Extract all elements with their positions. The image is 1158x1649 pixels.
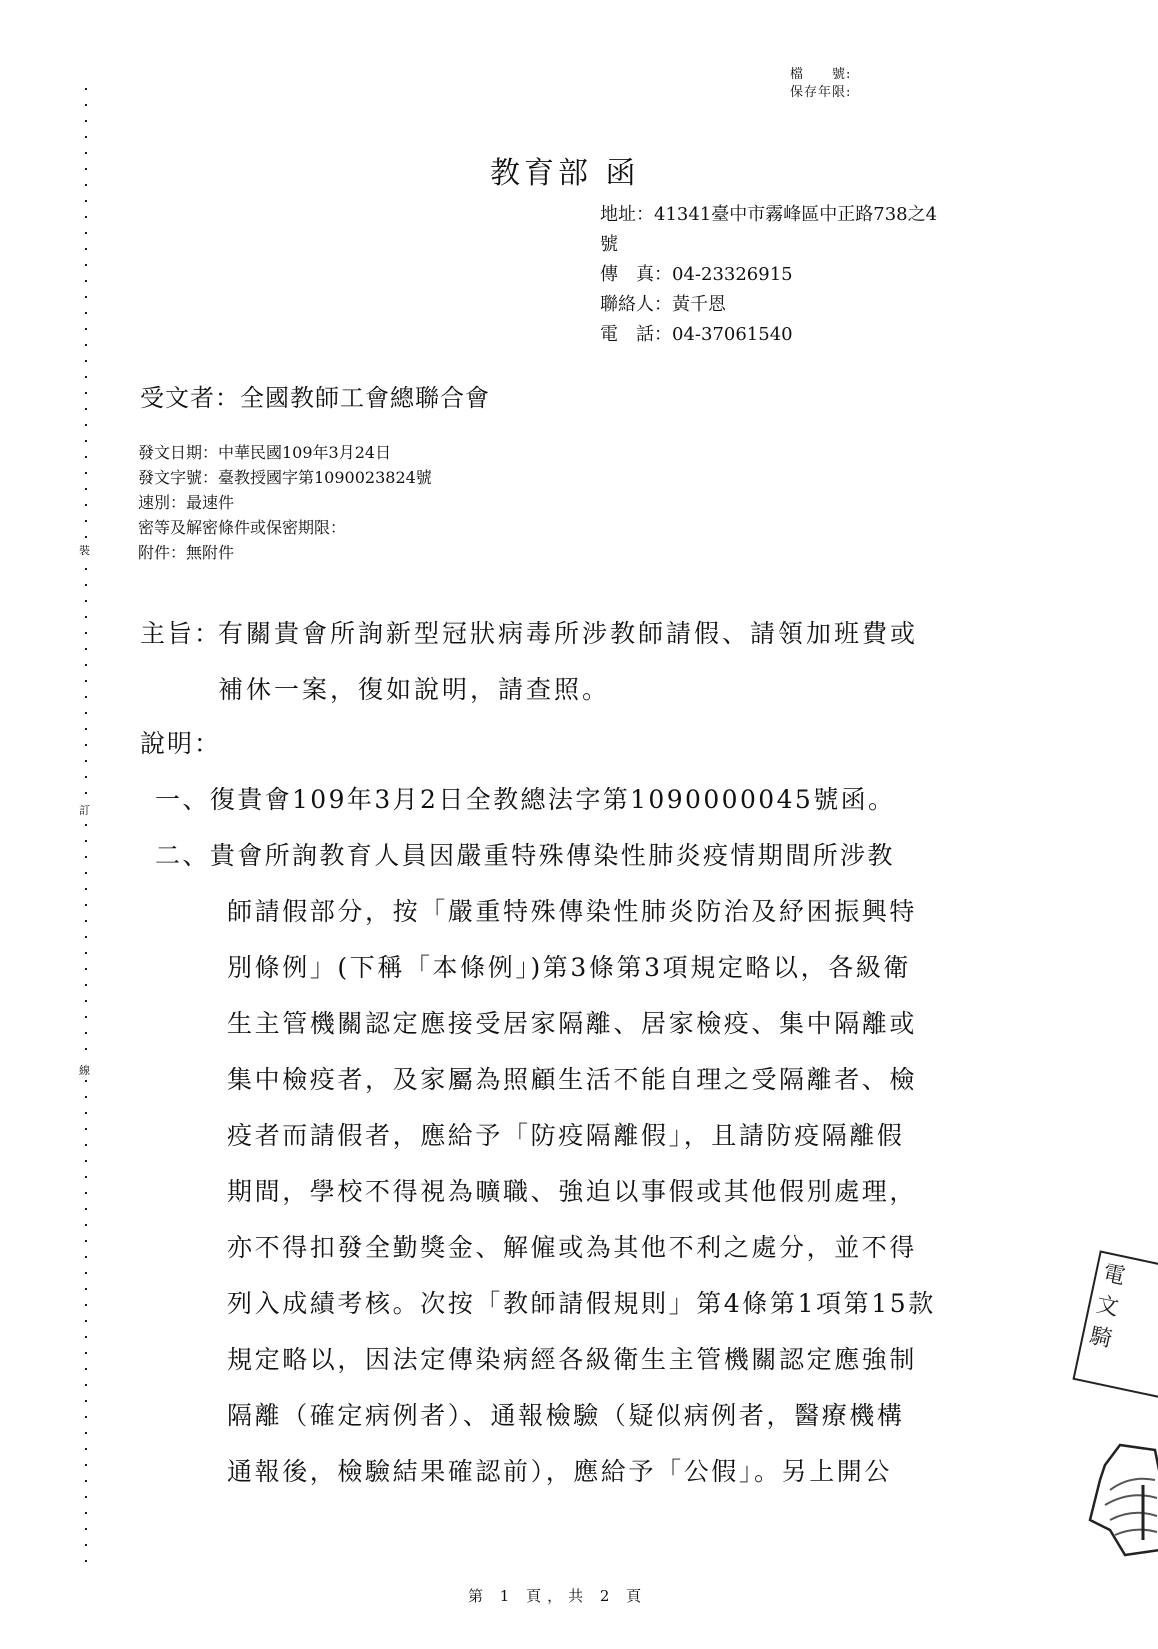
binding-dot — [85, 216, 87, 218]
binding-dot — [85, 248, 87, 250]
binding-dot — [85, 1224, 87, 1226]
binding-dot — [85, 1432, 87, 1434]
binding-dot — [85, 344, 87, 346]
binding-label-bind: 訂 — [79, 802, 90, 818]
binding-dot — [85, 936, 87, 938]
binding-dot — [85, 1080, 87, 1082]
binding-dot — [85, 744, 87, 746]
explanation-item-2-line: 別條例」(下稱「本條例」)第3條第3項規定略以，各級衛 — [227, 948, 911, 984]
binding-dot — [85, 616, 87, 618]
binding-label-line: 線 — [79, 1062, 90, 1078]
binding-dot — [85, 872, 87, 874]
subject-label: 主旨： — [140, 614, 221, 650]
binding-dot — [85, 504, 87, 506]
binding-dot — [85, 568, 87, 570]
binding-dot — [85, 712, 87, 714]
binding-dot — [85, 1016, 87, 1018]
fax: 傳 真：04-23326915 — [600, 260, 937, 290]
binding-dot — [85, 1464, 87, 1466]
binding-dot — [85, 1528, 87, 1530]
binding-dot — [85, 1160, 87, 1162]
official-seal-stamp: 電 文 騎 — [1072, 1250, 1158, 1401]
binding-dot — [85, 584, 87, 586]
binding-dot — [85, 472, 87, 474]
retention-period-label: 保存年限: — [790, 84, 851, 102]
address-continued: 號 — [600, 230, 937, 260]
binding-dot — [85, 184, 87, 186]
secrecy-level: 密等及解密條件或保密期限： — [138, 515, 432, 540]
binding-dot — [85, 1128, 87, 1130]
subject-line-1: 有關貴會所詢新型冠狀病毒所涉教師請假、請領加班費或 — [218, 614, 918, 650]
binding-dot — [85, 728, 87, 730]
binding-dot — [85, 1512, 87, 1514]
recipient: 受文者：全國教師工會總聯合會 — [140, 378, 490, 413]
binding-dot — [85, 1560, 87, 1562]
binding-dot — [85, 904, 87, 906]
binding-dot — [85, 1336, 87, 1338]
document-title: 教育部 函 — [490, 148, 640, 192]
explanation-item-2-line: 規定略以，因法定傳染病經各級衛生主管機關認定應強制 — [227, 1340, 917, 1376]
explanation-item-1: 一、復貴會109年3月2日全教總法字第1090000045號函。 — [155, 780, 895, 816]
binding-dot — [85, 168, 87, 170]
binding-dot — [85, 1416, 87, 1418]
binding-dot — [85, 1480, 87, 1482]
document-meta: 發文日期：中華民國109年3月24日 發文字號：臺教授國字第1090023824… — [138, 440, 432, 565]
attachment: 附件：無附件 — [138, 540, 432, 565]
binding-dot — [85, 456, 87, 458]
binding-dot — [85, 1544, 87, 1546]
binding-dot — [85, 1176, 87, 1178]
binding-dot — [85, 632, 87, 634]
binding-dot — [85, 1112, 87, 1114]
binding-dot — [85, 888, 87, 890]
binding-dot — [85, 1048, 87, 1050]
binding-dot — [85, 120, 87, 122]
binding-dot — [85, 1384, 87, 1386]
binding-dot — [85, 376, 87, 378]
binding-dot — [85, 136, 87, 138]
file-number-label: 檔 號: — [790, 66, 851, 84]
binding-dot — [85, 1496, 87, 1498]
binding-dot — [85, 536, 87, 538]
document-number: 發文字號：臺教授國字第1090023824號 — [138, 465, 432, 490]
binding-dot — [85, 1000, 87, 1002]
seal-emblem-icon — [1085, 1440, 1158, 1560]
binding-dot — [85, 152, 87, 154]
binding-dot — [85, 408, 87, 410]
binding-dot — [85, 520, 87, 522]
binding-dot — [85, 88, 87, 90]
binding-dot — [85, 1352, 87, 1354]
binding-dot — [85, 856, 87, 858]
binding-dot — [85, 328, 87, 330]
binding-dot — [85, 1192, 87, 1194]
explanation-item-2-line: 隔離（確定病例者）、通報檢驗（疑似病例者，醫療機構 — [227, 1396, 905, 1432]
binding-label-staple: 裝 — [79, 542, 90, 558]
contact-person: 聯絡人：黃千恩 — [600, 290, 937, 320]
binding-dot — [85, 1272, 87, 1274]
file-metadata: 檔 號: 保存年限: — [790, 66, 851, 102]
binding-dot — [85, 1304, 87, 1306]
binding-dot — [85, 1208, 87, 1210]
explanation-item-2-line: 師請假部分，按「嚴重特殊傳染性肺炎防治及紓困振興特 — [227, 892, 917, 928]
explanation-item-2-line: 生主管機關認定應接受居家隔離、居家檢疫、集中隔離或 — [227, 1004, 917, 1040]
explanation-label: 說明： — [140, 724, 221, 760]
explanation-item-2-line: 疫者而請假者，應給予「防疫隔離假」，且請防疫隔離假 — [227, 1116, 905, 1152]
binding-dot — [85, 1368, 87, 1370]
binding-dot — [85, 792, 87, 794]
binding-dot — [85, 232, 87, 234]
delivery-speed: 速別：最速件 — [138, 490, 432, 515]
binding-dot — [85, 1256, 87, 1258]
binding-dot — [85, 440, 87, 442]
binding-dot — [85, 1096, 87, 1098]
binding-dot — [85, 1448, 87, 1450]
explanation-item-2-line: 通報後，檢驗結果確認前），應給予「公假」。另上開公 — [227, 1452, 892, 1488]
explanation-item-2-line: 亦不得扣發全勤獎金、解僱或為其他不利之處分，並不得 — [227, 1228, 917, 1264]
explanation-item-2: 二、貴會所詢教育人員因嚴重特殊傳染性肺炎疫情期間所涉教 — [155, 836, 895, 872]
binding-dot — [85, 1144, 87, 1146]
binding-dot — [85, 696, 87, 698]
binding-dot — [85, 664, 87, 666]
binding-dot — [85, 264, 87, 266]
binding-dot — [85, 312, 87, 314]
binding-dotted-line — [84, 88, 88, 1568]
binding-dot — [85, 680, 87, 682]
binding-dot — [85, 280, 87, 282]
binding-dot — [85, 1400, 87, 1402]
subject-line-2: 補休一案，復如說明，請查照。 — [218, 670, 610, 706]
binding-dot — [85, 392, 87, 394]
binding-dot — [85, 424, 87, 426]
binding-dot — [85, 984, 87, 986]
binding-dot — [85, 1320, 87, 1322]
phone: 電 話：04-37061540 — [600, 320, 937, 350]
binding-dot — [85, 360, 87, 362]
binding-dot — [85, 648, 87, 650]
page-number: 第 1 頁，共 2 頁 — [468, 1585, 647, 1606]
binding-dot — [85, 840, 87, 842]
issue-date: 發文日期：中華民國109年3月24日 — [138, 440, 432, 465]
binding-dot — [85, 760, 87, 762]
binding-dot — [85, 200, 87, 202]
binding-dot — [85, 920, 87, 922]
binding-dot — [85, 776, 87, 778]
explanation-item-2-line: 列入成績考核。次按「教師請假規則」第4條第1項第15款 — [227, 1284, 936, 1320]
binding-dot — [85, 1240, 87, 1242]
binding-dot — [85, 824, 87, 826]
binding-dot — [85, 600, 87, 602]
binding-dot — [85, 1288, 87, 1290]
binding-dot — [85, 296, 87, 298]
binding-dot — [85, 488, 87, 490]
explanation-item-2-line: 期間，學校不得視為曠職、強迫以事假或其他假別處理， — [227, 1172, 917, 1208]
address: 地址：41341臺中市霧峰區中正路738之4 — [600, 200, 937, 230]
binding-dot — [85, 104, 87, 106]
binding-dot — [85, 952, 87, 954]
binding-dot — [85, 968, 87, 970]
explanation-item-2-line: 集中檢疫者，及家屬為照顧生活不能自理之受隔離者、檢 — [227, 1060, 917, 1096]
contact-block: 地址：41341臺中市霧峰區中正路738之4 號 傳 真：04-23326915… — [600, 200, 937, 350]
binding-dot — [85, 1032, 87, 1034]
